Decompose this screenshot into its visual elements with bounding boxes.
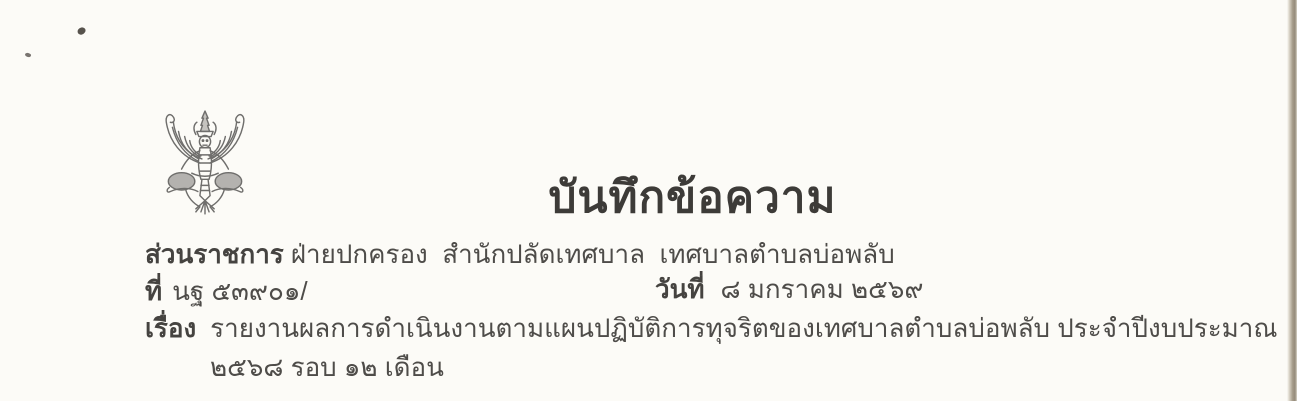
number-value: นฐ ๕๓๙๐๑/ bbox=[172, 276, 307, 306]
subject-continuation-line: ๒๕๖๘ รอบ ๑๒ เดือน bbox=[210, 349, 444, 387]
memo-title: บันทึกข้อความ bbox=[420, 168, 965, 227]
date-line: วันที่๘ มกราคม ๒๕๖๙ bbox=[655, 271, 923, 309]
subject-value-line2: ๒๕๖๘ รอบ ๑๒ เดือน bbox=[210, 352, 444, 382]
subject-value-line1: รายงานผลการดำเนินงานตามแผนปฏิบัติการทุจร… bbox=[210, 313, 1277, 343]
scan-speck bbox=[24, 52, 31, 58]
number-line: ที่นฐ ๕๓๙๐๑/ bbox=[145, 273, 308, 311]
subject-label: เรื่อง bbox=[145, 313, 196, 343]
agency-value: ฝ่ายปกครอง สำนักปลัดเทศบาล เทศบาลตำบลบ่อ… bbox=[291, 239, 895, 269]
agency-label: ส่วนราชการ bbox=[145, 239, 284, 269]
garuda-emblem-icon bbox=[149, 110, 261, 216]
page-edge-shadow bbox=[1287, 0, 1297, 401]
memo-document: บันทึกข้อความ ส่วนราชการฝ่ายปกครอง สำนัก… bbox=[0, 0, 1297, 401]
subject-line: เรื่องรายงานผลการดำเนินงานตามแผนปฏิบัติก… bbox=[145, 310, 1278, 348]
number-label: ที่ bbox=[145, 276, 162, 306]
agency-line: ส่วนราชการฝ่ายปกครอง สำนักปลัดเทศบาล เทศ… bbox=[145, 236, 895, 274]
scan-speck bbox=[76, 26, 86, 37]
date-value: ๘ มกราคม ๒๕๖๙ bbox=[721, 274, 924, 304]
date-label: วันที่ bbox=[655, 274, 705, 304]
